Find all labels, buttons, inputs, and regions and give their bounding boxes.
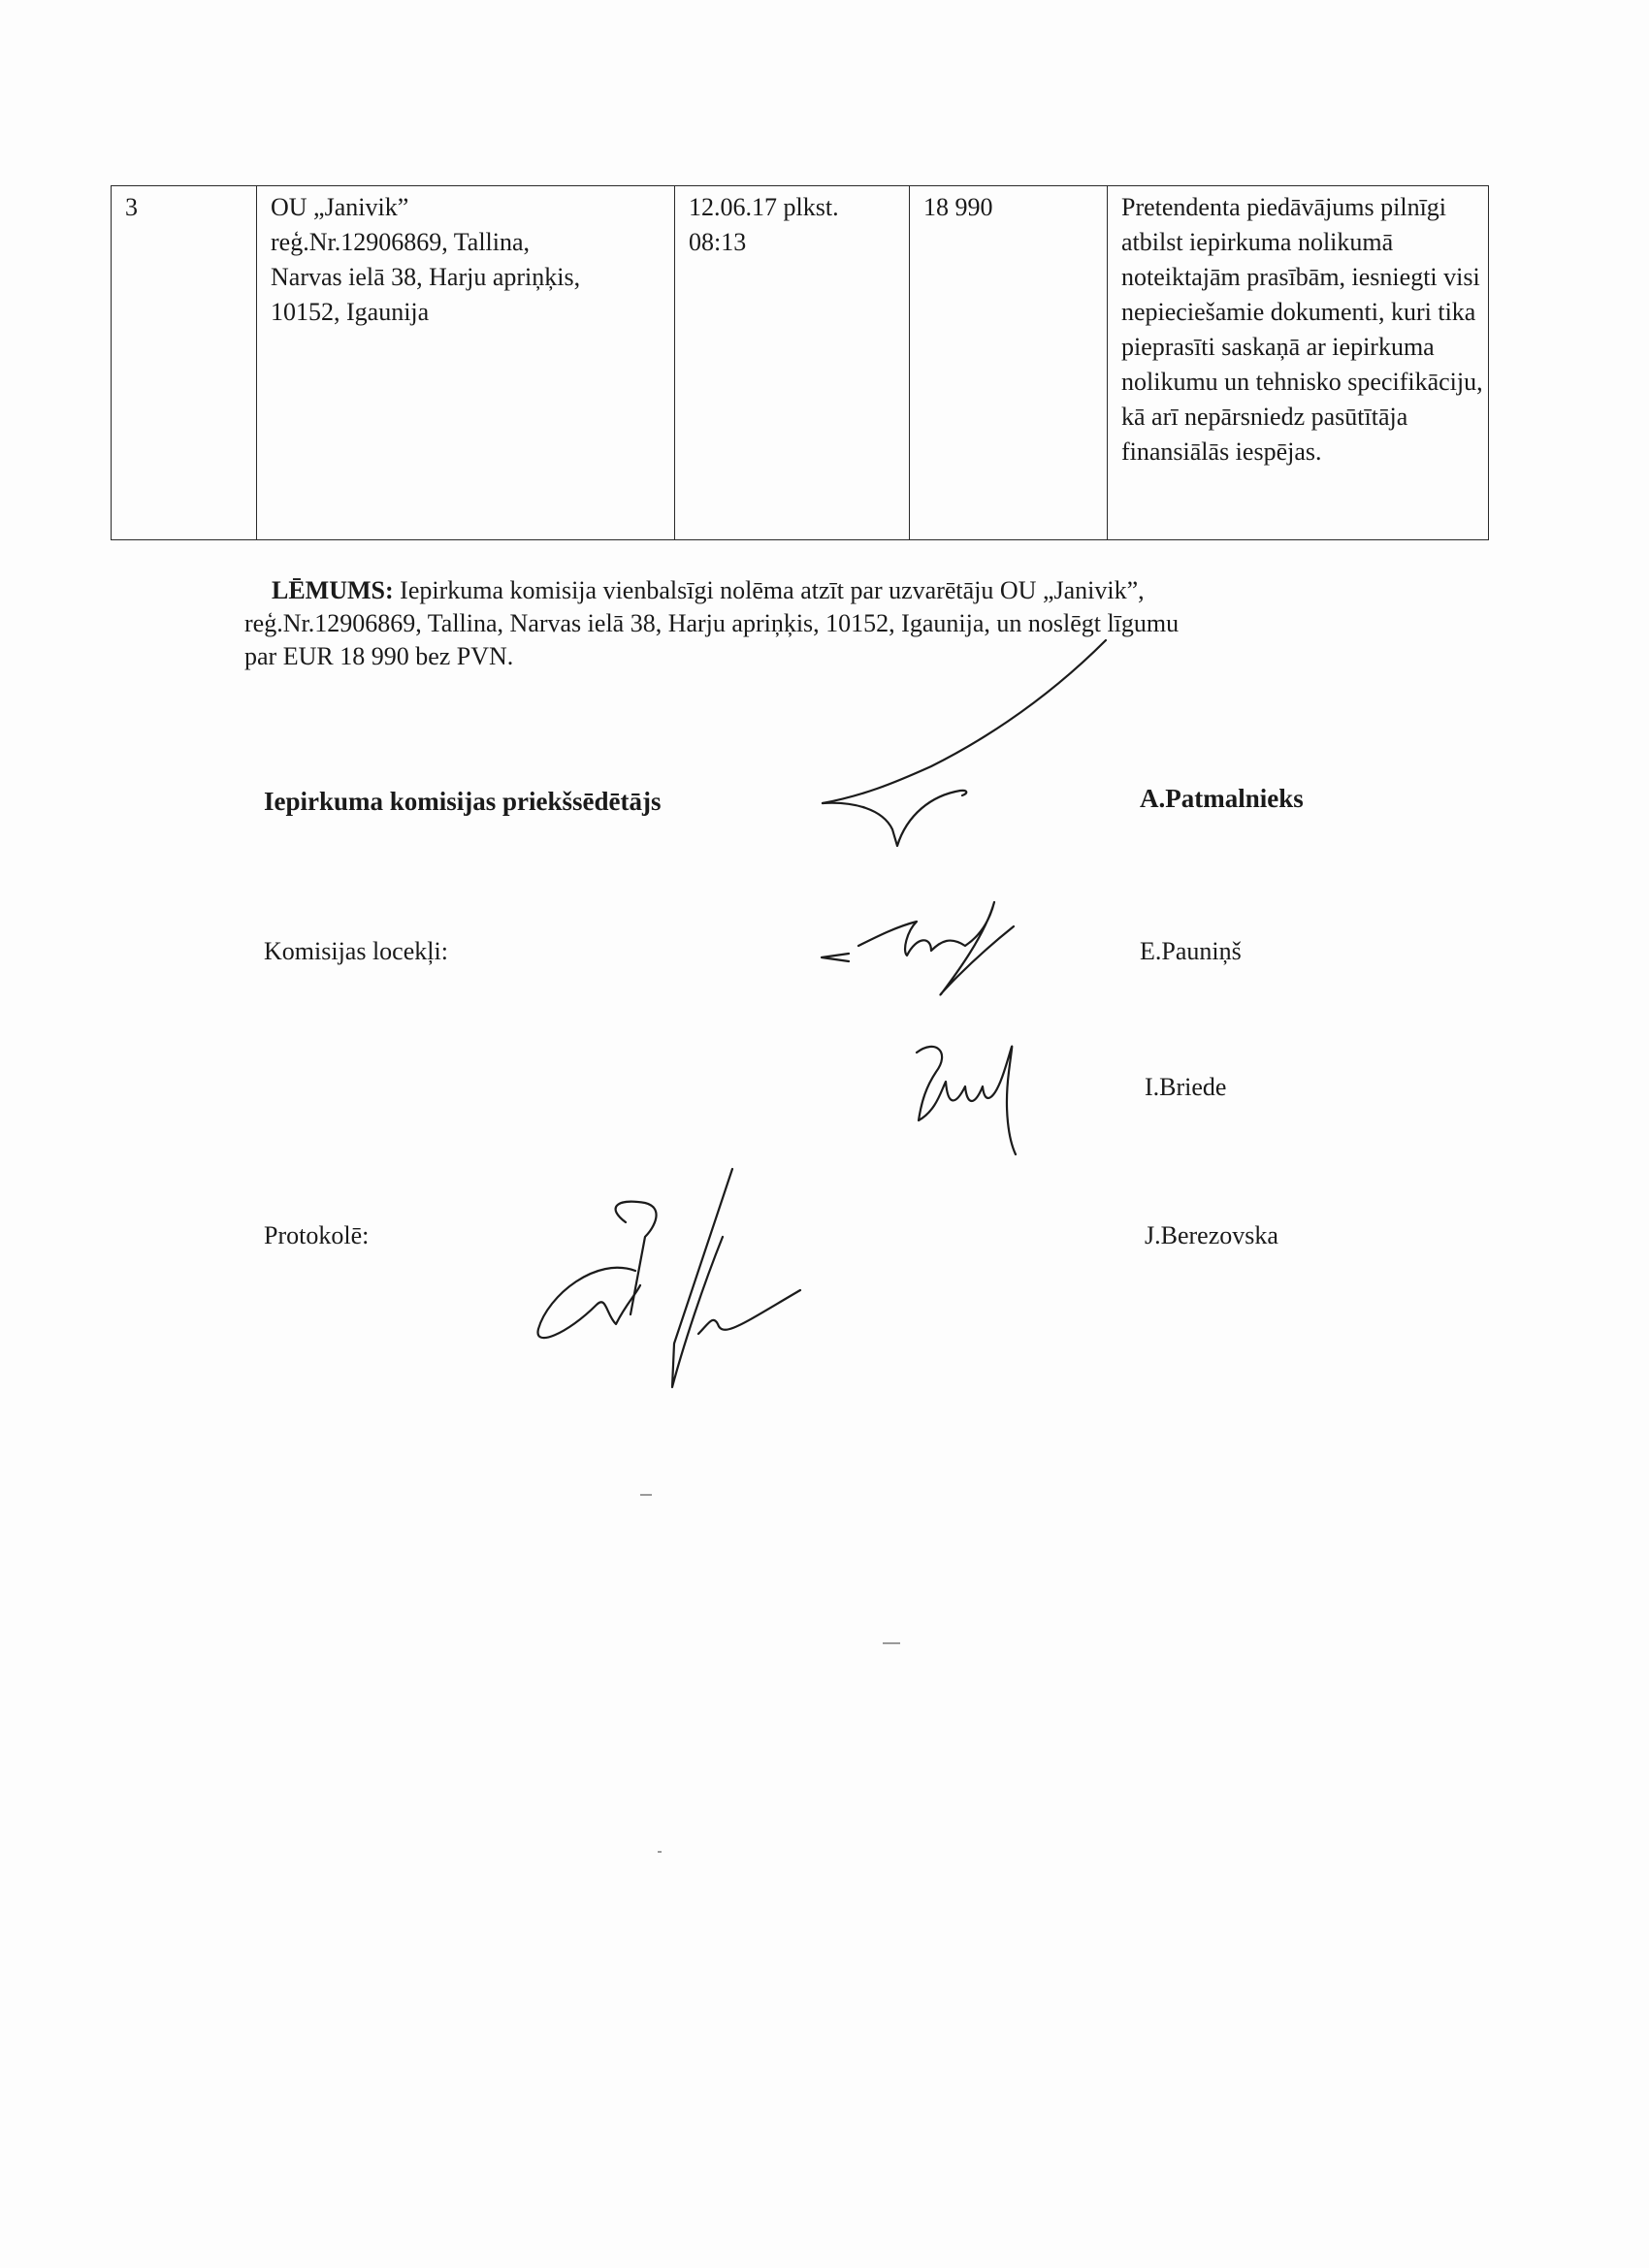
secretary-label: Protokolē: xyxy=(264,1221,369,1250)
document-page: 3 OU „Janivik” reģ.Nr.12906869, Tallina,… xyxy=(0,0,1649,2268)
decision-label: LĒMUMS: xyxy=(272,576,394,604)
submitted-cell: 12.06.17 plkst. 08:13 xyxy=(675,186,910,540)
scan-speck xyxy=(658,1851,662,1853)
chair-label: Iepirkuma komisijas priekšsēdētājs xyxy=(264,787,662,817)
bid-number-cell: 3 xyxy=(112,186,257,540)
bidder-cell: OU „Janivik” reģ.Nr.12906869, Tallina, N… xyxy=(257,186,675,540)
secretary-signature-icon xyxy=(529,1169,839,1387)
member1-name: E.Pauniņš xyxy=(1140,937,1242,966)
chair-name: A.Patmalnieks xyxy=(1140,784,1304,814)
table-row: 3 OU „Janivik” reģ.Nr.12906869, Tallina,… xyxy=(112,186,1489,540)
member1-signature-icon xyxy=(820,897,1052,1004)
price-cell: 18 990 xyxy=(910,186,1108,540)
scan-speck xyxy=(883,1642,900,1644)
chair-signature-icon xyxy=(815,631,1106,854)
members-label: Komisijas locekļi: xyxy=(264,937,448,966)
member2-signature-icon xyxy=(907,1033,1062,1159)
bids-table: 3 OU „Janivik” reģ.Nr.12906869, Tallina,… xyxy=(111,185,1489,540)
scan-speck xyxy=(640,1494,652,1496)
secretary-name: J.Berezovska xyxy=(1145,1221,1278,1250)
member2-name: I.Briede xyxy=(1145,1073,1226,1102)
assessment-cell: Pretendenta piedāvājums pilnīgi atbilst … xyxy=(1108,186,1489,540)
